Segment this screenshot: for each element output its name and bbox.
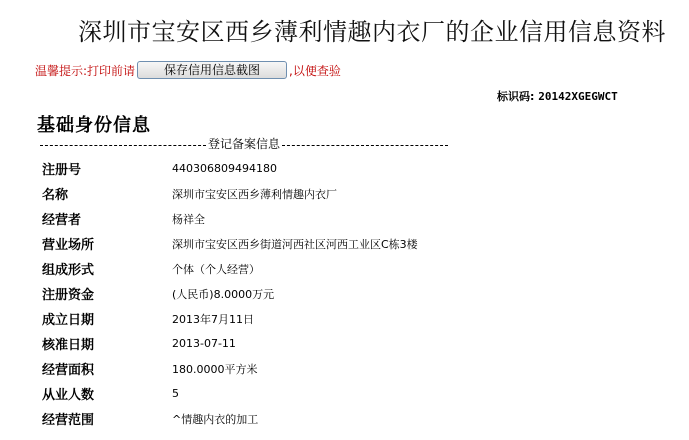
info-row-business-scope: 经营范围 ^情趣内衣的加工 <box>42 406 462 431</box>
page-title: 深圳市宝安区西乡薄利情趣内衣厂的企业信用信息资料 <box>78 12 666 47</box>
row-label: 经营面积 <box>42 359 172 378</box>
info-table: 注册号 440306809494180 名称 深圳市宝安区西乡薄利情趣内衣厂 经… <box>42 156 462 431</box>
notice-suffix: ,以便查验 <box>289 62 341 79</box>
divider-line-left <box>40 145 206 146</box>
notice-prefix: 温馨提示:打印前请 <box>35 62 135 79</box>
row-value: ^情趣内衣的加工 <box>172 411 258 427</box>
id-code-label: 标识码: <box>497 90 534 103</box>
row-label: 经营范围 <box>42 409 172 428</box>
info-row-business-address: 营业场所 深圳市宝安区西乡街道河西社区河西工业区C栋3楼 <box>42 231 462 256</box>
row-value: 5 <box>172 387 179 400</box>
info-row-registration-number: 注册号 440306809494180 <box>42 156 462 181</box>
print-notice: 温馨提示:打印前请 保存信用信息截图 ,以便查验 <box>35 60 341 80</box>
row-label: 注册资金 <box>42 284 172 303</box>
row-label: 经营者 <box>42 209 172 228</box>
row-value: 180.0000平方米 <box>172 361 258 377</box>
row-label: 核准日期 <box>42 334 172 353</box>
row-value: 深圳市宝安区西乡薄利情趣内衣厂 <box>172 186 337 202</box>
info-row-name: 名称 深圳市宝安区西乡薄利情趣内衣厂 <box>42 181 462 206</box>
info-row-operator: 经营者 杨祥全 <box>42 206 462 231</box>
save-screenshot-button[interactable]: 保存信用信息截图 <box>137 61 287 79</box>
row-value: 440306809494180 <box>172 162 277 175</box>
row-label: 组成形式 <box>42 259 172 278</box>
row-value: 杨祥全 <box>172 211 205 227</box>
id-code-value: 20142XGEGWCT <box>538 90 617 103</box>
row-label: 成立日期 <box>42 309 172 328</box>
row-value: (人民币)8.0000万元 <box>172 286 274 302</box>
id-code: 标识码: 20142XGEGWCT <box>497 88 618 104</box>
row-label: 营业场所 <box>42 234 172 253</box>
info-row-registered-capital: 注册资金 (人民币)8.0000万元 <box>42 281 462 306</box>
divider-label: 登记备案信息 <box>206 135 282 152</box>
row-value: 深圳市宝安区西乡街道河西社区河西工业区C栋3楼 <box>172 236 418 252</box>
section-divider: 登记备案信息 <box>40 135 448 151</box>
row-value: 2013年7月11日 <box>172 311 254 327</box>
info-row-approval-date: 核准日期 2013-07-11 <box>42 331 462 356</box>
info-row-organization-form: 组成形式 个体（个人经营） <box>42 256 462 281</box>
info-row-business-area: 经营面积 180.0000平方米 <box>42 356 462 381</box>
divider-line-right <box>282 145 448 146</box>
row-label: 名称 <box>42 184 172 203</box>
row-label: 从业人数 <box>42 384 172 403</box>
info-row-established-date: 成立日期 2013年7月11日 <box>42 306 462 331</box>
row-value: 个体（个人经营） <box>172 261 260 277</box>
info-row-employee-count: 从业人数 5 <box>42 381 462 406</box>
section-heading: 基础身份信息 <box>37 111 151 137</box>
row-value: 2013-07-11 <box>172 337 236 350</box>
row-label: 注册号 <box>42 159 172 178</box>
